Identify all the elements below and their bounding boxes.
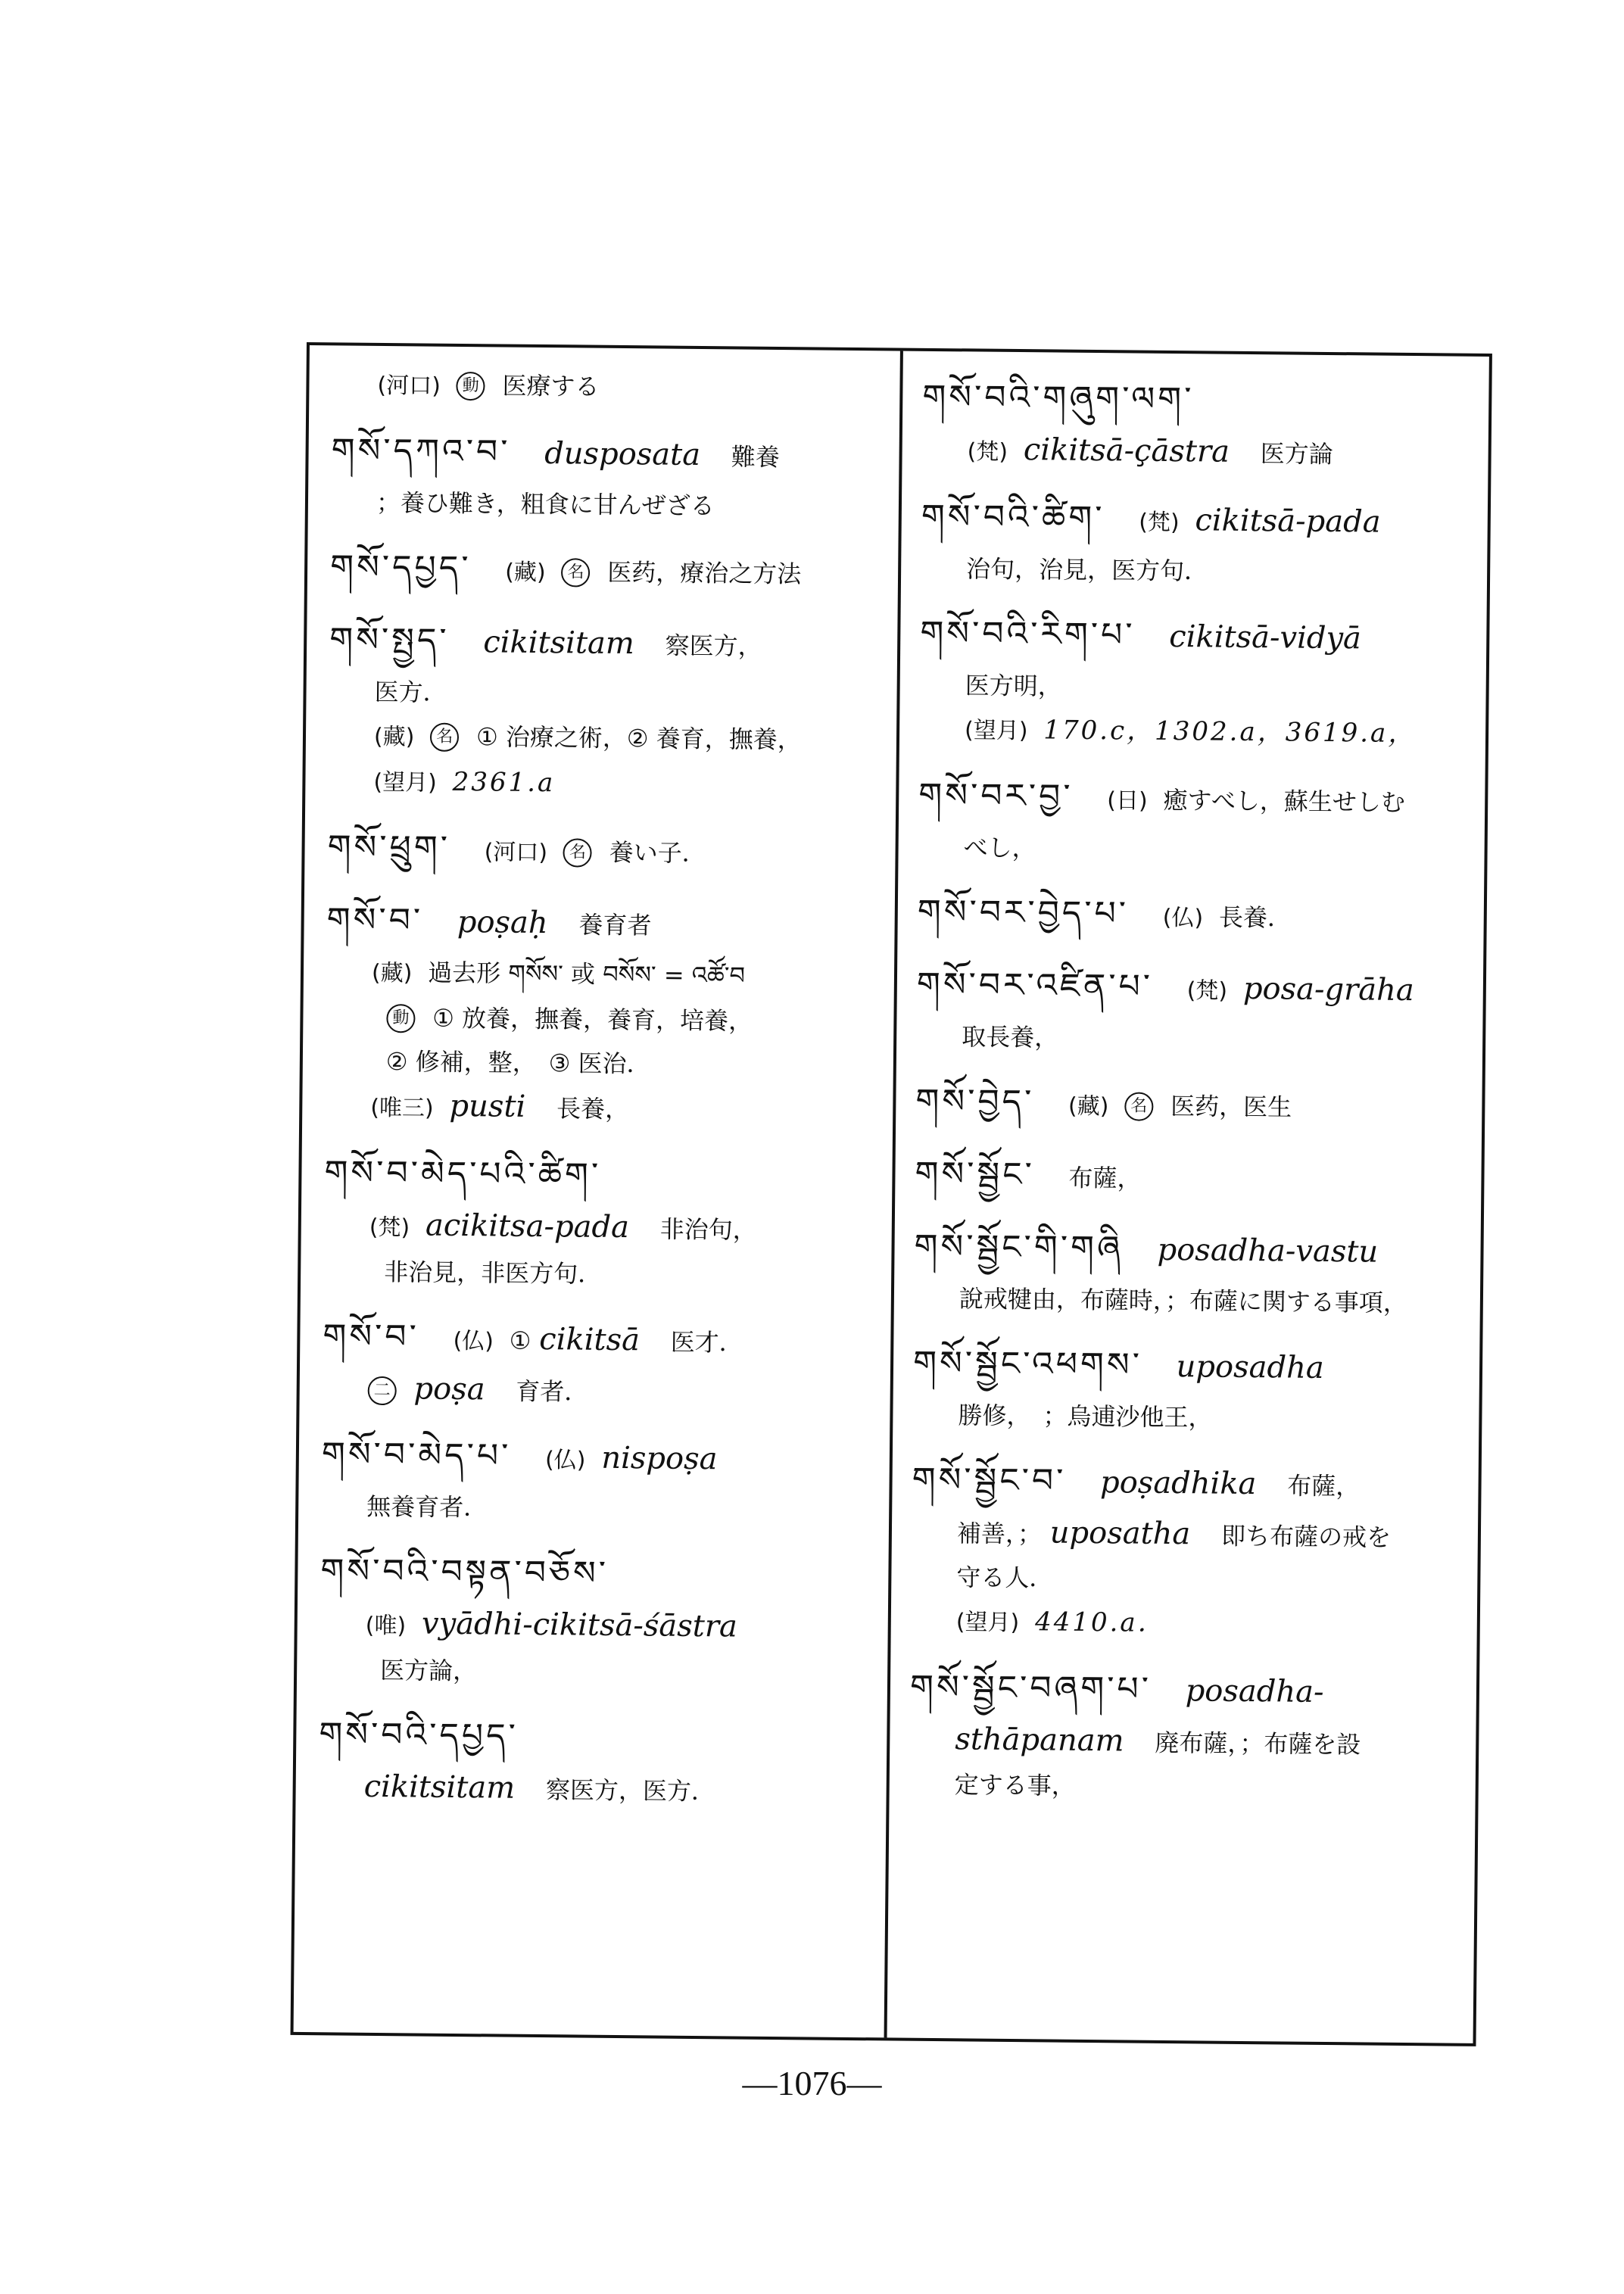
gloss: ① 治療之術，② 養育，撫養， xyxy=(476,722,802,754)
gloss: ；養ひ難き，粗食に甘んぜざる xyxy=(376,488,715,520)
tibetan-headword: གསོ་བའི་རིག་པ་ xyxy=(920,614,1136,655)
tibetan-headword: གསོ་སྦྱོང་འཕགས་ xyxy=(913,1344,1142,1385)
part-of-speech-badge: 名 xyxy=(563,838,592,867)
gloss: 難養 xyxy=(731,442,780,472)
tibetan-headword: གསོ་དཔྱད་ xyxy=(330,547,472,588)
tibetan-headword: གསོ་བྱེད་ xyxy=(915,1082,1034,1122)
gloss: 取長養， xyxy=(962,1022,1058,1052)
gloss: 育者． xyxy=(516,1377,588,1407)
source-tag: (藏) xyxy=(374,724,415,751)
tibetan-headword: གསོ་བའི་བསྟན་བཅོས་ xyxy=(320,1551,609,1593)
tibetan-headword: གསོ་སྦྱོང་བཞག་པ་ xyxy=(910,1668,1152,1709)
sanskrit-term: poṣaḥ xyxy=(457,905,548,940)
tibetan-headword: གསོ་བའི་གཞུག་ལག་ xyxy=(922,378,1195,419)
dictionary-entry: གསོ་བ་མེད་པ་ (仏) nispoṣa 無養育者． xyxy=(321,1425,874,1533)
gloss: 治句，治見，医方句． xyxy=(966,554,1208,585)
source-tag: (梵) xyxy=(1187,977,1228,1005)
dictionary-entry: གསོ་སྦྱོང་འཕགས་ uposadha 勝修， ；烏逋沙他王， xyxy=(912,1334,1473,1442)
dictionary-entry: གསོ་བ་ poṣaḥ 養育者 (藏) 過去形 གསོས་ 或 བསོས་ =… xyxy=(325,890,880,1135)
source-tag: (藏) xyxy=(1068,1093,1109,1121)
part-of-speech-badge: 動 xyxy=(386,1004,415,1033)
dictionary-entry: གསོ་སྦྱོང་བཞག་པ་ posadha- sthāpanam 廃布薩，… xyxy=(909,1658,1470,1812)
gloss: 長養， xyxy=(556,1094,629,1124)
reference-number: 2361.a xyxy=(452,767,555,798)
gloss: 医才． xyxy=(671,1328,743,1357)
dictionary-page-frame: (河口) 動 医療する གསོ་དཀའ་བ་ dusposata 難養 ；養ひ難… xyxy=(291,342,1492,2046)
source-tag: (望月) xyxy=(373,769,437,796)
sanskrit-term: cikitsā-vidyā xyxy=(1169,619,1361,656)
column-divider xyxy=(884,351,903,2038)
tibetan-headword: གསོ་བར་འཛིན་པ་ xyxy=(917,965,1154,1006)
gloss: 定する事， xyxy=(955,1770,1076,1800)
gloss: 長養． xyxy=(1219,903,1292,933)
source-tag: (仏) xyxy=(453,1328,494,1355)
gloss: 医药，医生 xyxy=(1170,1092,1292,1122)
gloss: 補善，； xyxy=(957,1519,1042,1548)
gloss: 過去形 གསོས་ 或 བསོས་ = འཚོ་བ xyxy=(428,958,745,990)
sanskrit-term: cikitsā xyxy=(539,1322,640,1357)
source-tag: (望月) xyxy=(965,717,1028,744)
gloss: ② 修補，整， ③ 医治． xyxy=(386,1047,651,1078)
dictionary-entry: གསོ་སྦྱོང་བ་ poṣadhika 布薩， 補善，； uposatha… xyxy=(911,1451,1473,1650)
gloss: 医方． xyxy=(374,678,447,707)
gloss: 察医方，医方． xyxy=(546,1775,715,1806)
source-tag: (日) xyxy=(1107,787,1148,815)
sanskrit-term: posadha- xyxy=(1185,1673,1323,1710)
dictionary-entry: གསོ་བ་མེད་པའི་ཚིག་ (梵) acikitsa-pada 非治句… xyxy=(323,1143,877,1298)
source-tag: (藏) xyxy=(505,559,546,587)
sense-number: ① xyxy=(510,1326,531,1355)
gloss: ① 放養，撫養，養育，培養， xyxy=(432,1004,753,1036)
gloss: べし， xyxy=(963,833,1036,862)
dictionary-entry: གསོ་བར་འཛིན་པ་ (梵) posa-grāha 取長養， xyxy=(916,955,1477,1064)
gloss: 廃布薩，；布薩を設 xyxy=(1155,1728,1361,1759)
tibetan-headword: གསོ་སྦྱོང་གི་གཞི xyxy=(914,1227,1124,1268)
source-tag: (望月) xyxy=(956,1609,1020,1636)
sanskrit-term: acikitsa-pada xyxy=(425,1208,629,1245)
gloss: 即ち布薩の戒を xyxy=(1221,1522,1391,1552)
gloss: 医方論， xyxy=(380,1656,477,1685)
sanskrit-term: pusti xyxy=(449,1089,525,1124)
tibetan-headword: གསོ་སྦྱོང་བ་ xyxy=(912,1460,1066,1501)
tibetan-headword: གསོ་ཕྲུག་ xyxy=(327,828,450,868)
dictionary-entry: གསོ་བར་བྱེད་པ་ (仏) 長養． xyxy=(917,883,1478,947)
gloss: 察医方， xyxy=(665,631,762,661)
sense-number-badge: 二 xyxy=(368,1376,397,1405)
source-tag: (河口) xyxy=(377,372,441,400)
gloss: 医方論 xyxy=(1261,439,1333,469)
source-tag: (梵) xyxy=(369,1214,410,1242)
tibetan-headword: གསོ་སྤྱད་ xyxy=(329,620,450,660)
source-tag: (梵) xyxy=(1139,510,1180,537)
dictionary-entry: གསོ་སྦྱོང་གི་གཞི posadha-vastu 說戒犍由，布薩時，… xyxy=(914,1217,1475,1326)
sanskrit-term: poṣa xyxy=(413,1371,485,1407)
dictionary-entry: གསོ་སྤྱད་ cikitsitam 察医方， 医方． (藏) 名 ① 治療… xyxy=(328,610,882,809)
sanskrit-term: cikitsitam xyxy=(363,1769,515,1806)
tibetan-headword: གསོ་སྦྱོང་ xyxy=(915,1155,1035,1195)
tibetan-headword: གསོ་བར་བྱེད་པ་ xyxy=(918,893,1130,933)
dictionary-entry: གསོ་བའི་དཔྱད་ cikitsitam 察医方，医方． xyxy=(318,1705,871,1815)
source-tag: (仏) xyxy=(1163,905,1204,932)
gloss: 養い子． xyxy=(609,838,706,868)
dictionary-entry: གསོ་བར་བྱ་ (日) 癒すべし，蘇生せしむ べし， xyxy=(918,766,1479,874)
tibetan-headword: གསོ་བའི་དཔྱད་ xyxy=(319,1715,519,1756)
gloss: 医療する xyxy=(502,371,599,401)
gloss: 勝修， ；烏逋沙他王， xyxy=(958,1401,1212,1432)
gloss: 無養育者． xyxy=(366,1492,488,1523)
part-of-speech-badge: 名 xyxy=(561,558,590,587)
dictionary-entry: གསོ་བའི་གཞུག་ལག་ (梵) cikitsā-çāstra 医方論 xyxy=(921,368,1482,479)
sanskrit-term: uposadha xyxy=(1176,1349,1323,1385)
sanskrit-term: sthāpanam xyxy=(955,1722,1124,1758)
dictionary-entry: གསོ་བའི་རིག་པ་ cikitsā-vidyā 医方明， (望月) 1… xyxy=(919,604,1481,758)
sanskrit-term: cikitsā-çāstra xyxy=(1024,432,1230,469)
gloss: 布薩， xyxy=(1287,1472,1360,1501)
dictionary-entry: གསོ་བའི་བསྟན་བཅོས་ (唯) vyādhi-cikitsā-śā… xyxy=(320,1541,874,1697)
gloss: 養育者 xyxy=(578,910,651,940)
tibetan-headword: གསོ་དཀའ་བ་ xyxy=(331,431,510,471)
gloss: 癒すべし，蘇生せしむ xyxy=(1163,786,1405,817)
right-column: གསོ་བའི་གཞུག་ལག་ (梵) cikitsā-çāstra 医方論 … xyxy=(907,368,1483,2028)
part-of-speech-badge: 動 xyxy=(457,372,485,401)
sanskrit-term: dusposata xyxy=(544,436,700,472)
page-number: —1076— xyxy=(0,2063,1624,2103)
source-tag: (唯) xyxy=(366,1613,407,1640)
source-tag: (藏) xyxy=(372,960,413,987)
sanskrit-term: nispoṣa xyxy=(601,1441,718,1476)
dictionary-entry: གསོ་ཕྲུག་ (河口) 名 養い子． xyxy=(327,818,881,882)
gloss: 非治句， xyxy=(660,1215,757,1245)
dictionary-entry: གསོ་དཔྱད་ (藏) 名 医药，療治之方法 xyxy=(330,538,884,602)
tibetan-headword: གསོ་བ་མེད་པའི་ཚིག་ xyxy=(324,1153,601,1195)
gloss: 非治見，非医方句． xyxy=(384,1258,602,1289)
sanskrit-term: cikitsā-pada xyxy=(1195,503,1381,539)
tibetan-headword: གསོ་བའི་ཚིག་ xyxy=(921,497,1105,538)
gloss: 医方明， xyxy=(965,671,1062,700)
reference-number: 170.c，1302.a，3619.a， xyxy=(1043,715,1416,749)
source-tag: (仏) xyxy=(545,1447,586,1474)
tibetan-headword: གསོ་བ་ xyxy=(326,900,423,940)
part-of-speech-badge: 名 xyxy=(430,723,459,752)
dictionary-entry: གསོ་དཀའ་བ་ dusposata 難養 ；養ひ難き，粗食に甘んぜざる xyxy=(331,421,884,529)
source-tag: (河口) xyxy=(485,839,548,866)
reference-number: 4410.a． xyxy=(1035,1607,1166,1638)
sanskrit-term: cikitsitam xyxy=(483,625,634,661)
dictionary-entry: གསོ་བའི་ཚིག་ (梵) cikitsā-pada 治句，治見，医方句． xyxy=(921,488,1482,596)
left-column: (河口) 動 医療する གསོ་དཀའ་བ་ dusposata 難養 ；養ひ難… xyxy=(316,362,885,2022)
sanskrit-term: posa-grāha xyxy=(1243,971,1414,1008)
source-tag: (唯三) xyxy=(370,1095,434,1122)
gloss: 医药，療治之方法 xyxy=(607,558,801,588)
sanskrit-term: poṣadhika xyxy=(1100,1465,1257,1501)
dictionary-entry: གསོ་སྦྱོང་ 布薩， xyxy=(915,1145,1476,1209)
sanskrit-term: vyādhi-cikitsā-śāstra xyxy=(422,1607,737,1644)
gloss: 說戒犍由，布薩時，；布薩に関する事項， xyxy=(959,1284,1407,1317)
tibetan-headword: གསོ་བར་བྱ་ xyxy=(918,776,1074,816)
dictionary-entry: གསོ་བྱེད་ (藏) 名 医药，医生 xyxy=(915,1072,1476,1136)
gloss: 布薩， xyxy=(1068,1164,1141,1193)
source-tag: (梵) xyxy=(967,438,1008,466)
dictionary-entry: (河口) 動 医療する xyxy=(332,362,885,413)
sanskrit-term: posadha-vastu xyxy=(1157,1233,1378,1270)
tibetan-headword: གསོ་བ་མེད་པ་ xyxy=(322,1435,512,1475)
sanskrit-term: uposatha xyxy=(1050,1515,1191,1551)
part-of-speech-badge: 名 xyxy=(1124,1092,1153,1121)
dictionary-entry: གསོ་བ་ (仏) ① cikitsā 医才． 二 poṣa 育者． xyxy=(322,1307,875,1417)
gloss: 守る人． xyxy=(956,1563,1053,1592)
tibetan-headword: གསོ་བ་ xyxy=(323,1317,419,1356)
